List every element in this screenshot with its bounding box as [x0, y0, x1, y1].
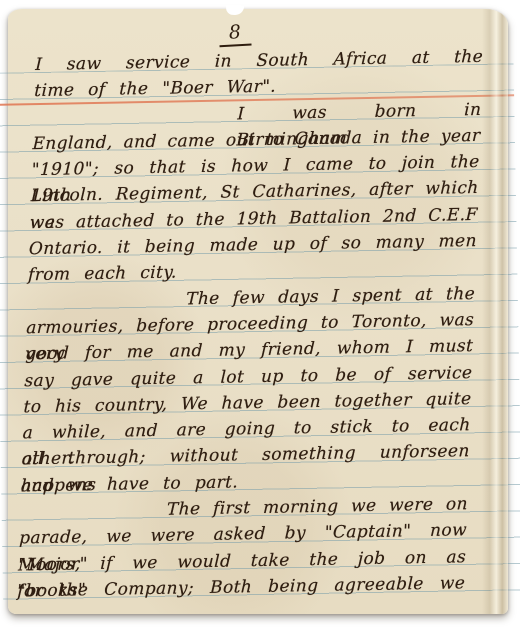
page-surface: 8 I saw service in South Africa at the t…	[2, 4, 513, 618]
page-number: 8	[210, 20, 259, 48]
scanned-photo-background: 8 I saw service in South Africa at the t…	[0, 0, 520, 628]
notebook-page: 8 I saw service in South Africa at the t…	[8, 9, 508, 614]
page-number-text: 8	[218, 21, 251, 48]
handwritten-text-block: I saw service in South Africa at the tim…	[17, 44, 484, 605]
